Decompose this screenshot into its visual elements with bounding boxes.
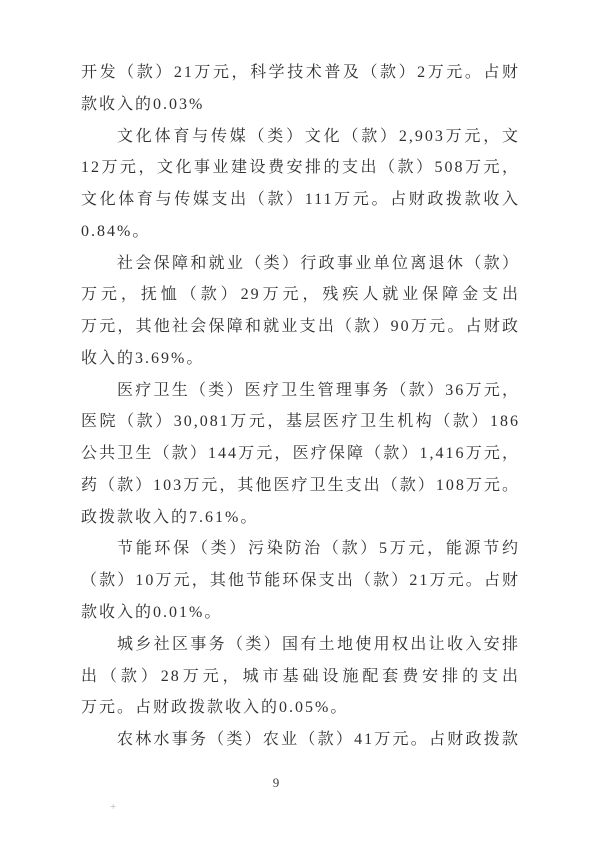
- text-line: 开发（款）21万元，科学技术普及（款）2万元。占财政拨: [81, 57, 520, 89]
- text-line: 万元，其他社会保障和就业支出（款）90万元。占财政拨款: [81, 311, 520, 343]
- text-line: 款收入的0.01%。: [81, 597, 520, 629]
- text-line: 文化体育与传媒支出（款）111万元。占财政拨款收入的: [81, 184, 520, 216]
- page-number: 9: [0, 775, 552, 791]
- paragraph: 城乡社区事务（类）国有土地使用权出让收入安排的支 出（款）28万元，城市基础设施…: [81, 629, 520, 724]
- paragraph: 开发（款）21万元，科学技术普及（款）2万元。占财政拨 款收入的0.03%: [81, 57, 520, 121]
- document-page: 开发（款）21万元，科学技术普及（款）2万元。占财政拨 款收入的0.03% 文化…: [0, 0, 600, 848]
- paragraph: 农林水事务（类）农业（款）41万元。占财政拨款收入: [81, 724, 520, 756]
- text-line: 款收入的0.03%: [81, 89, 520, 121]
- text-line: 0.84%。: [81, 216, 520, 248]
- text-line: 政拨款收入的7.61%。: [81, 502, 520, 534]
- registration-mark-icon: +: [110, 801, 116, 813]
- paragraph: 医疗卫生（类）医疗卫生管理事务（款）36万元，公立 医院（款）30,081万元，…: [81, 375, 520, 534]
- text-line: 12万元，文化事业建设费安排的支出（款）508万元，其他: [81, 152, 520, 184]
- paragraph: 社会保障和就业（类）行政事业单位离退休（款）15,407 万元，抚恤（款）29万…: [81, 248, 520, 375]
- text-line: 公共卫生（款）144万元，医疗保障（款）1,416万元，中医: [81, 438, 520, 470]
- paragraph: 文化体育与传媒（类）文化（款）2,903万元，文物（款） 12万元，文化事业建设…: [81, 121, 520, 248]
- text-line: 出（款）28万元，城市基础设施配套费安排的支出（款）184: [81, 661, 520, 693]
- text-line: 城乡社区事务（类）国有土地使用权出让收入安排的支: [81, 629, 520, 661]
- paragraph: 节能环保（类）污染防治（款）5万元，能源节约利用 （款）10万元，其他节能环保支…: [81, 533, 520, 628]
- text-line: 药（款）103万元，其他医疗卫生支出（款）108万元。占财: [81, 470, 520, 502]
- text-line: 节能环保（类）污染防治（款）5万元，能源节约利用: [81, 533, 520, 565]
- text-line: （款）10万元，其他节能环保支出（款）21万元。占财政拨: [81, 565, 520, 597]
- text-line: 社会保障和就业（类）行政事业单位离退休（款）15,407: [81, 248, 520, 280]
- text-line: 万元，抚恤（款）29万元，残疾人就业保障金支出（款）30: [81, 279, 520, 311]
- text-line: 农林水事务（类）农业（款）41万元。占财政拨款收入: [81, 724, 520, 756]
- text-line: 医院（款）30,081万元，基层医疗卫生机构（款）186万元，: [81, 406, 520, 438]
- text-line: 医疗卫生（类）医疗卫生管理事务（款）36万元，公立: [81, 375, 520, 407]
- text-line: 收入的3.69%。: [81, 343, 520, 375]
- text-line: 万元。占财政拨款收入的0.05%。: [81, 692, 520, 724]
- text-line: 文化体育与传媒（类）文化（款）2,903万元，文物（款）: [81, 121, 520, 153]
- body-text: 开发（款）21万元，科学技术普及（款）2万元。占财政拨 款收入的0.03% 文化…: [81, 57, 520, 756]
